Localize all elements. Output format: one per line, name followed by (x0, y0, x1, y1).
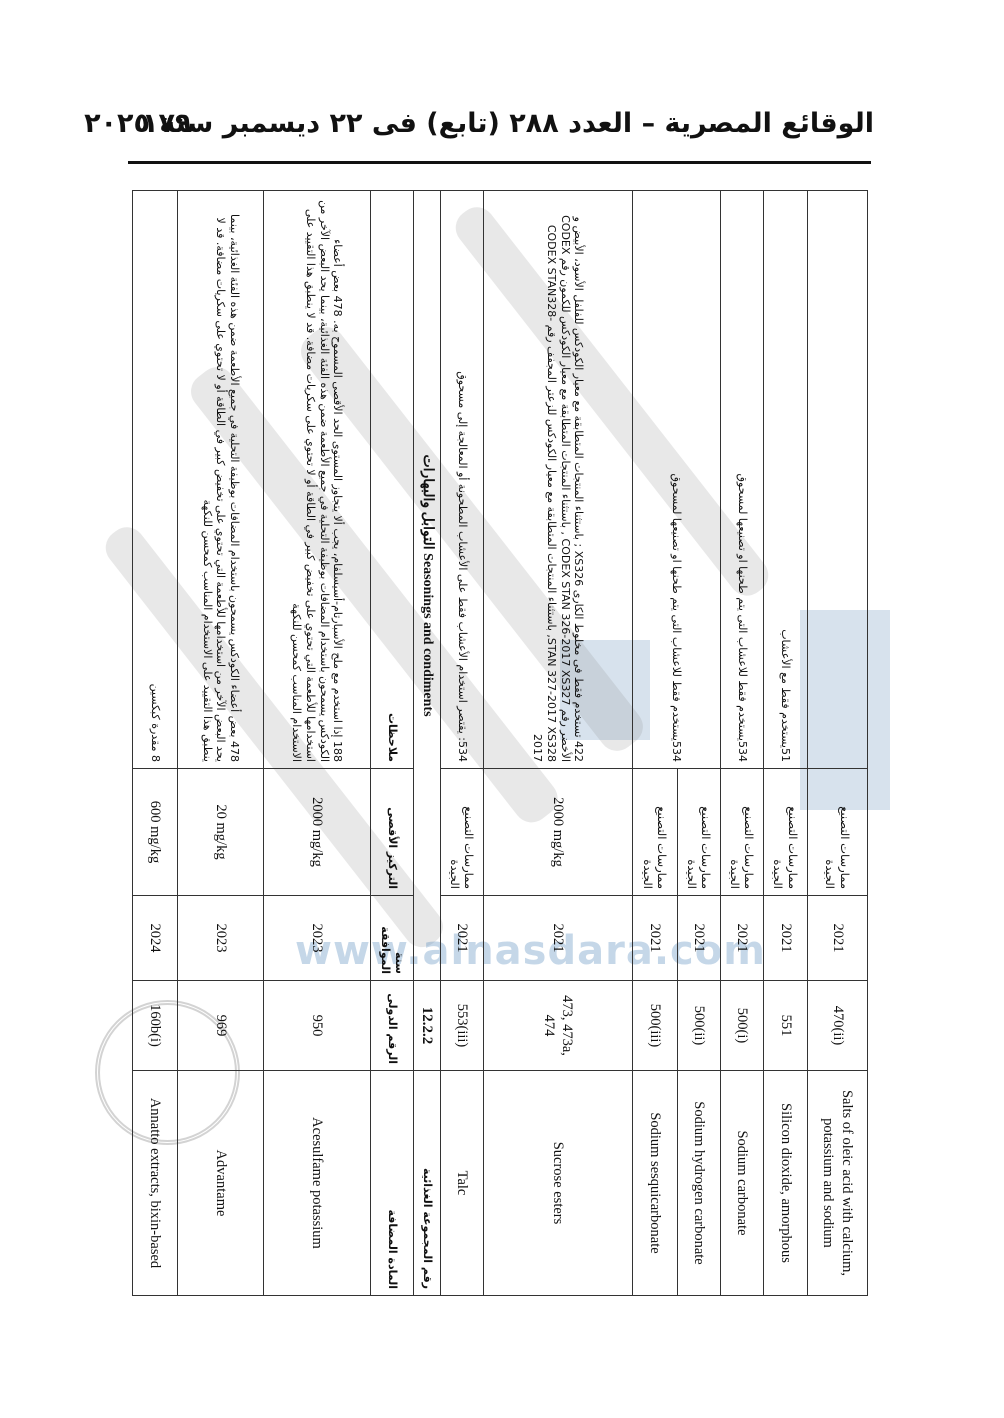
max-level: 20 mg/kg (178, 769, 264, 896)
max-level: ممارسات التصنيع الجيدة (678, 769, 721, 896)
header-divider (128, 161, 871, 164)
additive-name: Salts of oleic acid with calcium, potass… (808, 1071, 868, 1296)
additive-name: Annatto extracts, bixin-based (133, 1071, 178, 1296)
food-group-row: رقم المجموعة الغذائية 12.2.2 Seasonings … (414, 191, 441, 1296)
approval-year: 2021 (484, 896, 633, 981)
notes (808, 191, 868, 769)
approval-year: 2024 (133, 896, 178, 981)
column-header-row: المادة المضافة الرقم الدولى سنة الموافقة… (371, 191, 414, 1296)
max-level: 600 mg/kg (133, 769, 178, 896)
ins-number: 160b(i) (133, 981, 178, 1071)
notes: 534: يقتصر استخدام الأعشاب فقط على الأعش… (441, 191, 484, 769)
notes: 8 مقدرة كبكسين (133, 191, 178, 769)
ins-number: 500(iii) (633, 981, 678, 1071)
col-header-year: سنة الموافقة (371, 896, 414, 981)
additives-table: Salts of oleic acid with calcium, potass… (132, 190, 868, 1296)
col-header-notes: ملاحظات (371, 191, 414, 769)
approval-year: 2021 (764, 896, 808, 981)
ins-number: 969 (178, 981, 264, 1071)
notes: 478 بعض أعضاء الكودكس يسمحون باستخدام ال… (178, 191, 264, 769)
ins-number: 500(i) (721, 981, 764, 1071)
table-row: Talc 553(iii) 2021 ممارسات التصنيع الجيد… (441, 191, 484, 1296)
table-row: Sucrose esters 473, 473a, 474 2021 2000 … (484, 191, 633, 1296)
table-row: Salts of oleic acid with calcium, potass… (808, 191, 868, 1296)
max-level: ممارسات التصنيع الجيدة (441, 769, 484, 896)
approval-year: 2023 (178, 896, 264, 981)
approval-year: 2023 (264, 896, 371, 981)
max-level: ممارسات التصنيع الجيدة (633, 769, 678, 896)
food-group-number: 12.2.2 (414, 981, 441, 1071)
col-header-ins: الرقم الدولى (371, 981, 414, 1071)
additive-name: Talc (441, 1071, 484, 1296)
notes: 188 إذا استخدم مع ملح الأسبارتام-أسيسلفا… (264, 191, 371, 769)
max-level: ممارسات التصنيع الجيدة (721, 769, 764, 896)
page-header: الوقائع المصرية – العدد ٢٨٨ (تابع) فى ٢٢… (0, 108, 1004, 158)
additives-table-container: Salts of oleic acid with calcium, potass… (132, 190, 868, 1295)
table-row: Annatto extracts, bixin-based 160b(i) 20… (133, 191, 178, 1296)
table-row: Acesulfame potassium 950 2023 2000 mg/kg… (264, 191, 371, 1296)
table-row: Sodium carbonate 500(i) 2021 ممارسات الت… (721, 191, 764, 1296)
additive-name: Sucrose esters (484, 1071, 633, 1296)
table-row: Advantame 969 2023 20 mg/kg 478 بعض أعضا… (178, 191, 264, 1296)
approval-year: 2021 (633, 896, 678, 981)
ins-number: 473, 473a, 474 (484, 981, 633, 1071)
max-level: 2000 mg/kg (264, 769, 371, 896)
notes: 422 تستخدم فقط فى مخلوط الكارى XS326 ; ب… (484, 191, 633, 769)
additive-name: Sodium hydrogen carbonate (678, 1071, 721, 1296)
ins-number: 500(ii) (678, 981, 721, 1071)
page-number: ١٧٩ (142, 108, 191, 139)
ins-number: 470(ii) (808, 981, 868, 1071)
table-row: Sodium hydrogen carbonate 500(ii) 2021 م… (678, 191, 721, 1296)
additive-name: Acesulfame potassium (264, 1071, 371, 1296)
additive-name: Silicon dioxide, amorphous (764, 1071, 808, 1296)
col-header-max-level: التركيز الأقصى (371, 769, 414, 896)
max-level: ممارسات التصنيع الجيدة (808, 769, 868, 896)
food-group-label: رقم المجموعة الغذائية (414, 1071, 441, 1296)
approval-year: 2021 (678, 896, 721, 981)
gazette-title: الوقائع المصرية – العدد ٢٨٨ (تابع) فى ٢٢… (84, 108, 874, 139)
approval-year: 2021 (808, 896, 868, 981)
notes: 51يستخدم فقط مع الأعشاب (764, 191, 808, 769)
ins-number: 950 (264, 981, 371, 1071)
approval-year: 2021 (721, 896, 764, 981)
max-level: 2000 mg/kg (484, 769, 633, 896)
ins-number: 553(iii) (441, 981, 484, 1071)
additive-name: Sodium carbonate (721, 1071, 764, 1296)
food-group-title: Seasonings and condiments التوابل والبها… (414, 191, 441, 981)
additive-name: Advantame (178, 1071, 264, 1296)
max-level: ممارسات التصنيع الجيدة (764, 769, 808, 896)
notes: 534يستخدم فقط للاعشاب التى يتم طحنها او … (633, 191, 721, 769)
additive-name: Sodium sesquicarbonate (633, 1071, 678, 1296)
approval-year: 2021 (441, 896, 484, 981)
col-header-additive: المادة المضافة (371, 1071, 414, 1296)
ins-number: 551 (764, 981, 808, 1071)
notes: 534يستخدم فقط للاعشاب التى يتم طحنها او … (721, 191, 764, 769)
table-row: Silicon dioxide, amorphous 551 2021 ممار… (764, 191, 808, 1296)
